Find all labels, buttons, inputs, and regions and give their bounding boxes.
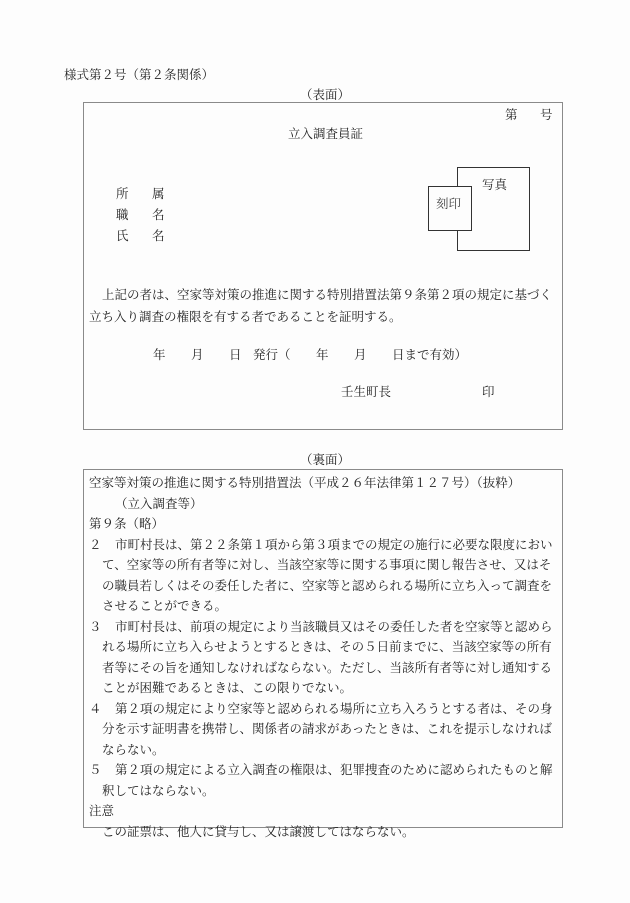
date-issued-label: 発行（ [253,345,291,363]
field-label-char: 属 [152,184,165,202]
paragraph-number: ５ [89,760,102,801]
paragraph-text: 市町村長は、前項の規定により当該職員又はその委任した者を空家等と認められる場所に… [102,617,559,699]
paragraph-3: ３ 市町村長は、前項の規定により当該職員又はその委任した者を空家等と認められる場… [89,617,559,699]
seal-mark: 印 [482,384,495,400]
note-text: この証票は、他人に貸与し、又は譲渡してはならない。 [89,822,559,843]
valid-month: 月 [354,345,367,363]
field-label-char: 職 [116,205,129,223]
form-number: 様式第２号（第２条関係） [64,67,214,83]
section-heading: （立入調査等） [89,494,559,515]
certification-text: 上記の者は、空家等対策の推進に関する特別措置法第９条第２項の規定に基づく立ち入り… [89,284,559,328]
photo-label: 写真 [482,175,507,193]
back-side-label: （裏面） [300,452,350,468]
id-card-front: 第 号 立入調査員証 所 属 職 名 氏 名 写真 刻印 上記の者は、空家等対策… [83,102,563,430]
note-heading: 注意 [89,801,559,822]
article-heading: 第９条（略） [89,514,559,535]
field-label-char: 名 [152,226,165,244]
paragraph-text: 第２項の規定により空家等と認められる場所に立ち入ろうとする者は、その身分を示す証… [102,699,559,761]
front-side-label: （表面） [300,87,350,103]
paragraph-number: ４ [89,699,102,761]
embossed-seal-area: 刻印 [428,186,472,231]
field-label-char: 名 [152,205,165,223]
paragraph-text: 第２項の規定による立入調査の権限は、犯罪捜査のために認められたものと解釈してはな… [102,760,559,801]
paragraph-5: ５ 第２項の規定による立入調査の権限は、犯罪捜査のために認められたものと解釈して… [89,760,559,801]
paragraph-2: ２ 市町村長は、第２２条第１項から第３項までの規定の施行に必要な限度において、空… [89,535,559,617]
valid-until-label: 日まで有効） [392,345,467,363]
date-day: 日 [229,345,242,363]
law-title: 空家等対策の推進に関する特別措置法（平成２６年法律第１２７号）（抜粋） [89,473,559,494]
date-month: 月 [191,345,204,363]
number-suffix: 号 [540,107,553,123]
law-excerpt: 空家等対策の推進に関する特別措置法（平成２６年法律第１２７号）（抜粋） （立入調… [89,473,559,842]
paragraph-4: ４ 第２項の規定により空家等と認められる場所に立ち入ろうとする者は、その身分を示… [89,699,559,761]
paragraph-number: ２ [89,535,102,617]
date-year: 年 [153,345,166,363]
paragraph-text: 市町村長は、第２２条第１項から第３項までの規定の施行に必要な限度において、空家等… [102,535,559,617]
seal-label: 刻印 [436,194,461,212]
issuer-mayor: 壬生町長 [341,384,391,400]
valid-year: 年 [316,345,329,363]
id-card-back: 空家等対策の推進に関する特別措置法（平成２６年法律第１２７号）（抜粋） （立入調… [83,469,563,828]
field-label-char: 氏 [116,226,129,244]
field-label-char: 所 [116,184,129,202]
number-prefix: 第 [505,107,518,123]
card-title: 立入調査員証 [288,126,363,142]
paragraph-number: ３ [89,617,102,699]
